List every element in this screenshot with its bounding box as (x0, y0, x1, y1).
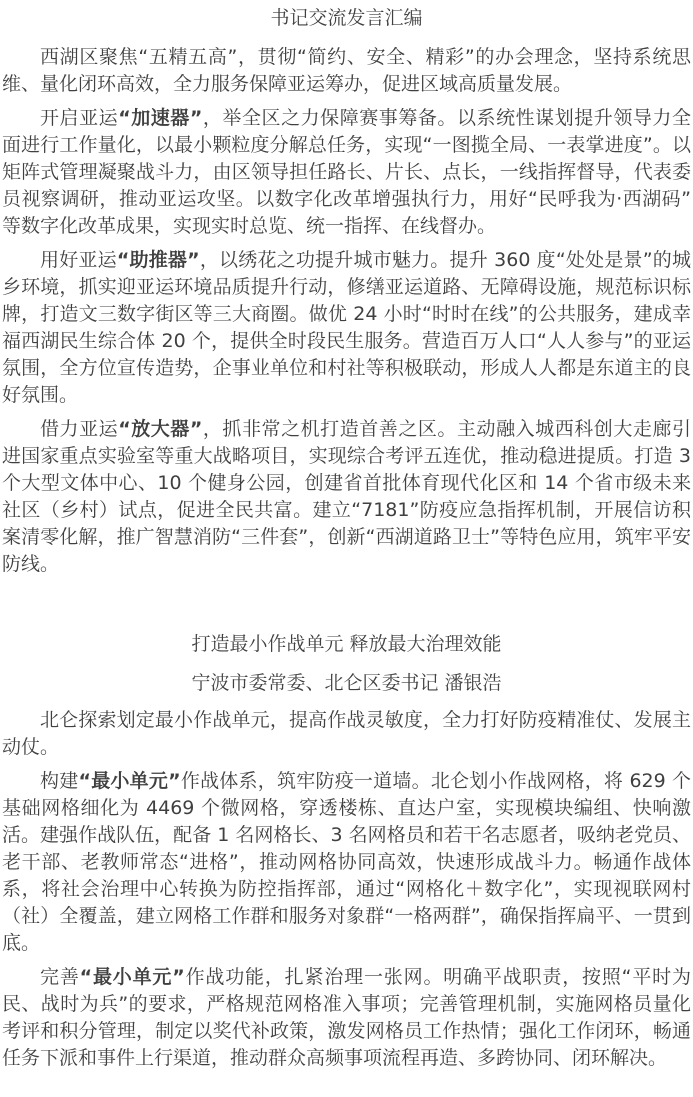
paragraph-text: 完善 (40, 966, 80, 988)
article2-paragraph-1: 北仑探索划定最小作战单元，提高作战灵敏度，全力打好防疫精准仗、发展主动仗。 (2, 707, 691, 761)
paragraph-text: 北仑探索划定最小作战单元，提高作战灵敏度，全力打好防疫精准仗、发展主动仗。 (2, 709, 691, 758)
article1-paragraph-4: 借力亚运“放大器”，抓非常之机打造首善之区。主动融入城西科创大走廊引进国家重点实… (2, 416, 691, 578)
paragraph-bold-phrase: “最小单元” (78, 770, 180, 792)
article1-title: 书记交流发言汇编 (2, 5, 691, 32)
article2-paragraph-2: 构建“最小单元”作战体系，筑牢防疫一道墙。北仑划小作战网格，将 629 个基础网… (2, 768, 691, 957)
paragraph-bold-phrase: “最小单元” (80, 966, 185, 988)
paragraph-bold-phrase: “加速器” (118, 107, 202, 129)
paragraph-bold-phrase: “放大器” (118, 418, 202, 440)
article2-byline: 宁波市委常委、北仑区委书记 潘银浩 (2, 670, 691, 697)
article2-paragraph-3: 完善“最小单元”作战功能，扎紧治理一张网。明确平战职责，按照“平时为民、战时为兵… (2, 964, 691, 1072)
paragraph-text: 构建 (40, 770, 78, 792)
paragraph-text: 借力亚运 (40, 418, 118, 440)
article1-paragraph-1: 西湖区聚焦“五精五高”，贯彻“简约、安全、精彩”的办会理念，坚持系统思维、量化闭… (2, 44, 691, 98)
paragraph-text: 作战体系，筑牢防疫一道墙。北仑划小作战网格，将 629 个基础网格细化为 446… (2, 770, 691, 954)
article1-paragraph-2: 开启亚运“加速器”，举全区之力保障赛事筹备。以系统性谋划提升领导力全面进行工作量… (2, 105, 691, 240)
section-divider-space (2, 585, 691, 631)
paragraph-text: ，抓非常之机打造首善之区。主动融入城西科创大走廊引进国家重点实验室等重大战略项目… (2, 418, 691, 575)
article1-paragraph-3: 用好亚运“助推器”，以绣花之功提升城市魅力。提升 360 度“处处是景”的城乡环… (2, 247, 691, 409)
article2-title: 打造最小作战单元 释放最大治理效能 (2, 631, 691, 658)
paragraph-text: 用好亚运 (40, 249, 117, 271)
paragraph-bold-phrase: “助推器” (117, 249, 200, 271)
paragraph-text: ，以绣花之功提升城市魅力。提升 360 度“处处是景”的城乡环境，抓实迎亚运环境… (2, 249, 691, 406)
document-page: 书记交流发言汇编 西湖区聚焦“五精五高”，贯彻“简约、安全、精彩”的办会理念，坚… (0, 0, 693, 1097)
paragraph-text: 开启亚运 (40, 107, 118, 129)
paragraph-text: 西湖区聚焦“五精五高”，贯彻“简约、安全、精彩”的办会理念，坚持系统思维、量化闭… (2, 46, 691, 95)
